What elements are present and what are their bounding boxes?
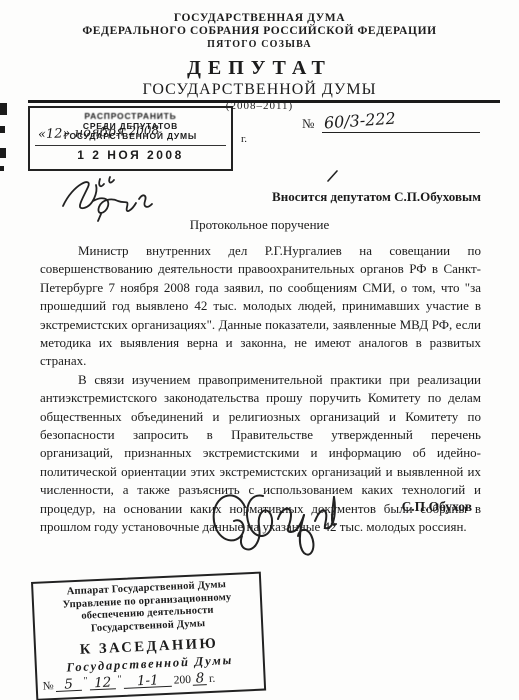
scan-artifact: [0, 166, 4, 171]
session-year-prefix: 200: [174, 674, 192, 687]
signatory-name: С.П.Обухов: [402, 499, 472, 515]
header-divider: [28, 100, 500, 103]
scan-artifact: [0, 148, 6, 158]
letterhead-line3: ПЯТОГО СОЗЫВА: [0, 39, 519, 50]
letterhead-line1: ГОСУДАРСТВЕННАЯ ДУМА: [0, 12, 519, 24]
document-title: Протокольное поручение: [0, 217, 519, 233]
distribution-stamp: РАСПРОСТРАНИТЬ СРЕДИ ДЕПУТАТОВ ГОСУДАРСТ…: [28, 106, 233, 171]
handwritten-initials-scribble: [55, 170, 173, 222]
session-year-digit: 8: [193, 672, 208, 686]
distribution-stamp-line1: РАСПРОСТРАНИТЬ: [30, 111, 231, 121]
session-stamp: Аппарат Государственной Думы Управление …: [31, 572, 266, 700]
year-suffix: г.: [241, 133, 247, 145]
scan-artifact: [0, 103, 7, 115]
handwritten-year: 2008: [128, 123, 159, 138]
session-number-field2: 12: [89, 676, 116, 690]
letterhead-title: ДЕПУТАТ: [0, 57, 519, 80]
session-year-suffix: г.: [209, 673, 216, 685]
submitted-by-line: Вносится депутатом С.П.Обуховым: [272, 189, 481, 205]
number-value-handwritten: 60/3-222: [323, 109, 396, 133]
scan-artifact: [0, 126, 5, 133]
quote-mark: ": [117, 674, 122, 685]
pen-dash-mark: [326, 169, 340, 183]
document-number: № 60/3-222: [302, 113, 490, 133]
session-number-field3: 1-1: [124, 674, 173, 689]
letterhead-subtitle: ГОСУДАРСТВЕННОЙ ДУМЫ: [0, 81, 519, 99]
paragraph-1: Министр внутренних дел Р.Г.Нургалиев на …: [40, 242, 481, 371]
session-number-label: №: [42, 680, 54, 692]
session-number-field1: 5: [55, 678, 82, 692]
date-fill-line: [35, 144, 226, 146]
signature-scribble: [205, 485, 343, 573]
letterhead-line2: ФЕДЕРАЛЬНОГО СОБРАНИЯ РОССИЙСКОЙ ФЕДЕРАЦ…: [0, 25, 519, 37]
quote-mark: ": [83, 676, 88, 687]
handwritten-month: ноября: [74, 124, 124, 141]
date-stamp: 1 2 НОЯ 2008: [30, 148, 231, 162]
handwritten-day: «12»: [38, 126, 71, 142]
number-fill-line: [322, 132, 480, 133]
letterhead: ГОСУДАРСТВЕННАЯ ДУМА ФЕДЕРАЛЬНОГО СОБРАН…: [0, 12, 519, 112]
number-label: №: [302, 116, 314, 132]
